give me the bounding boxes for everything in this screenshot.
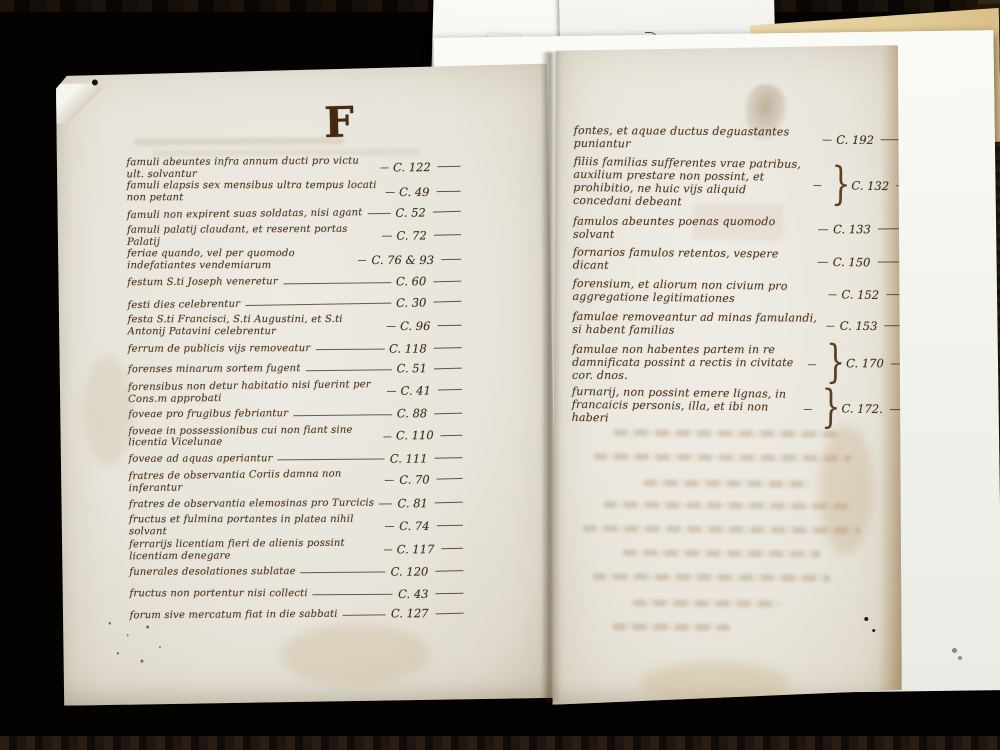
entry-rule-line <box>343 614 386 615</box>
entry-text: filiis familias sufferentes vrae patribu… <box>573 156 809 211</box>
entry-folio-ref: C. 120 <box>391 565 429 579</box>
entry-text: fratres de observantia elemosinas pro Tu… <box>129 497 374 511</box>
ink-smudge <box>134 138 344 145</box>
index-entry-row: fructus et fulmina portantes in platea n… <box>129 514 463 538</box>
entry-rule-line <box>828 294 836 295</box>
entry-trailing-dash <box>433 211 461 213</box>
entry-trailing-dash <box>441 548 463 550</box>
index-entry-row: furnarij, non possint emere lignas, in f… <box>572 386 904 429</box>
index-entry-row: filiis familias sufferentes vrae patribu… <box>573 156 906 212</box>
manuscript-right-page: fontes, et aquae ductus deguastantes pun… <box>550 43 907 707</box>
entry-rule-line <box>803 409 811 410</box>
entry-folio-ref: C. 81 <box>397 496 427 510</box>
entry-folio-ref: C. 127 <box>391 607 429 621</box>
photo-of-open-manuscript: Da D F famuli abeuntes infra annum ducti… <box>0 0 1000 750</box>
entry-folio-ref: C. 74 <box>399 519 429 533</box>
ink-dot <box>872 629 875 632</box>
entry-rule-line <box>283 282 391 284</box>
entry-folio-ref: C. 76 & 93 <box>372 253 435 267</box>
entry-trailing-dash <box>438 389 462 391</box>
entry-rule-line <box>382 236 392 237</box>
entry-rule-line <box>385 192 394 193</box>
index-entry-row: foveae pro frugibus febriantur C. 88 <box>128 402 462 426</box>
entry-rule-line <box>818 262 828 263</box>
entry-rule-line <box>385 527 394 528</box>
entry-trailing-dash <box>434 347 462 349</box>
entry-text: foveae pro frugibus febriantur <box>128 408 288 421</box>
entry-brace: } <box>821 391 841 427</box>
entry-folio-ref: C. 110 <box>396 429 434 443</box>
entry-rule-line <box>386 326 395 327</box>
index-entry-row: famulae removeantur ad minas famulandi, … <box>572 311 904 339</box>
entry-text: famuli non expirent suas soldatas, nisi … <box>127 207 363 222</box>
pencil-dot <box>952 648 957 653</box>
entry-folio-ref: C. 60 <box>396 274 426 288</box>
entry-folio-ref: C. 88 <box>397 406 427 420</box>
entry-text: foveae in possessionibus cui non fiant s… <box>128 424 378 449</box>
entry-text: famulae removeantur ad minas famulandi, … <box>572 311 822 339</box>
entry-rule-line <box>359 260 367 261</box>
entry-rule-line <box>315 348 384 350</box>
index-entry-row: famuli abeuntes infra annum ducti pro vi… <box>126 155 460 181</box>
bleed-through-text <box>643 479 811 487</box>
bleed-through-text <box>614 429 842 438</box>
entry-text: famuli elapsis sex mensibus ultra tempus… <box>127 180 381 204</box>
table-wood-bottom-edge <box>0 736 1000 750</box>
bleed-through-text <box>612 623 730 631</box>
index-entry-row: festum S.ti Joseph veneretur C. 60 <box>127 270 461 294</box>
entry-rule-line <box>245 302 391 305</box>
bleed-through-text <box>583 525 861 534</box>
paper-stain <box>84 355 133 465</box>
entry-text: forensibus non detur habitatio nisi fuer… <box>128 379 382 406</box>
entry-text: famuli palatij claudant, et reserent por… <box>127 224 377 249</box>
index-entry-list-right: fontes, et aquae ductus deguastantes pun… <box>572 125 906 435</box>
entry-text: ferrum de publicis vijs removeatur <box>128 342 311 355</box>
entry-trailing-dash <box>433 280 461 282</box>
entry-text: forenses minarum sortem fugent <box>128 363 301 376</box>
entry-trailing-dash <box>435 592 463 594</box>
entry-folio-ref: C. 52 <box>395 205 426 219</box>
entry-rule-line <box>368 213 391 214</box>
curled-page-corner <box>56 83 102 123</box>
index-entry-row: ferrarijs licentiam fieri de alienis pos… <box>129 537 463 563</box>
entry-trailing-dash <box>441 259 461 260</box>
entry-text: fratres de observantia Coriis damna non … <box>129 469 381 496</box>
entry-trailing-dash <box>437 479 463 481</box>
entry-folio-ref: C. 132 <box>851 177 889 194</box>
entry-rule-line <box>293 414 392 416</box>
index-entry-row: fontes, et aquae ductus deguastantes pun… <box>574 125 906 153</box>
index-entry-row: famuli elapsis sex mensibus ultra tempus… <box>127 180 461 204</box>
index-entry-row: forensium, et aliorum non civium pro agg… <box>572 278 904 308</box>
entry-rule-line <box>306 369 392 371</box>
entry-rule-line <box>808 364 816 365</box>
entry-text: festi dies celebrentur <box>127 298 240 311</box>
entry-folio-ref: C. 118 <box>389 341 427 355</box>
entry-text: fornarios famulos retentos, vespere dica… <box>573 246 813 274</box>
entry-rule-line <box>380 168 388 169</box>
entry-rule-line <box>301 572 386 574</box>
bleed-through-text <box>623 549 821 557</box>
entry-text: feriae quando, vel per quomodo indefatia… <box>127 248 353 272</box>
index-entry-row: forum sive mercatum fiat in die sabbati … <box>130 603 464 627</box>
entry-text: festa S.ti Francisci, S.ti Augustini, et… <box>128 314 382 338</box>
entry-folio-ref: C. 152 <box>841 286 879 303</box>
entry-trailing-dash <box>434 412 462 414</box>
entry-rule-line <box>278 459 385 461</box>
entry-folio-ref: C. 111 <box>390 451 428 465</box>
entry-text: fructus et fulmina portantes in platea n… <box>129 514 380 538</box>
index-entry-row: festi dies celebrentur C. 30 <box>127 291 461 316</box>
entry-rule-line <box>385 481 394 482</box>
index-entry-row: famuli palatij claudant, et reserent por… <box>127 224 461 249</box>
entry-rule-line <box>818 229 828 230</box>
entry-trailing-dash <box>441 435 463 437</box>
index-entry-row: forensibus non detur habitatio nisi fuer… <box>128 378 462 406</box>
index-entry-row: ferrum de publicis vijs removeatur C. 11… <box>128 337 462 360</box>
entry-folio-ref: C. 150 <box>833 254 871 270</box>
paper-stain <box>819 425 874 555</box>
entry-rule-line <box>387 391 396 392</box>
entry-trailing-dash <box>437 325 461 326</box>
index-entry-row: famulae non habentes partem in re damnif… <box>572 343 904 382</box>
mold-speckles <box>98 613 176 680</box>
index-entry-row: funerales desolationes sublatae C. 120 <box>129 561 463 584</box>
ink-dot <box>92 79 98 85</box>
entry-trailing-dash <box>435 502 463 504</box>
entry-trailing-dash <box>435 571 463 573</box>
entry-text: famulae non habentes partem in re damnif… <box>572 343 803 382</box>
entry-folio-ref: C. 43 <box>398 586 428 600</box>
index-entry-row: fratres de observantia Coriis damna non … <box>129 468 463 496</box>
entry-folio-ref: C. 170 <box>846 355 884 371</box>
entry-folio-ref: C. 49 <box>399 184 429 198</box>
index-entry-row: fratres de observantia elemosinas pro Tu… <box>129 492 463 516</box>
entry-folio-ref: C. 51 <box>397 361 427 375</box>
entry-text: famuli abeuntes infra annum ducti pro vi… <box>126 156 375 181</box>
entry-folio-ref: C. 41 <box>400 383 431 397</box>
entry-rule-line <box>313 594 393 595</box>
index-entry-row: foveae in possessionibus cui non fiant s… <box>128 424 462 450</box>
entry-text: fontes, et aquae ductus deguastantes pun… <box>574 125 818 153</box>
index-entry-list-left: famuli abeuntes infra annum ducti pro vi… <box>126 155 463 626</box>
index-entry-row: fornarios famulos retentos, vespere dica… <box>573 246 905 275</box>
entry-folio-ref: C. 153 <box>840 317 878 333</box>
index-entry-row: festa S.ti Francisci, S.ti Augustini, et… <box>128 314 462 338</box>
entry-text: festum S.ti Joseph veneretur <box>127 276 278 289</box>
entry-trailing-dash <box>436 613 464 615</box>
paper-stain <box>640 661 790 706</box>
entry-trailing-dash <box>434 367 462 369</box>
pencil-dot <box>958 656 962 660</box>
entry-text: foveae ad aquas aperiantur <box>128 453 272 465</box>
entry-folio-ref: C. 172. <box>841 401 883 418</box>
entry-brace: } <box>831 167 851 203</box>
entry-text: famulos abeuntes poenas quomodo solvant <box>573 216 813 242</box>
entry-folio-ref: C. 30 <box>396 295 427 309</box>
entry-rule-line <box>379 504 392 505</box>
book-gutter-shadow <box>541 52 561 702</box>
entry-trailing-dash <box>438 166 461 168</box>
entry-folio-ref: C. 72 <box>396 229 426 243</box>
index-entry-row: forenses minarum sortem fugent C. 51 <box>128 358 462 382</box>
entry-rule-line <box>822 140 831 141</box>
entry-folio-ref: C. 122 <box>393 160 431 174</box>
entry-rule-line <box>827 326 835 327</box>
entry-brace: } <box>826 345 845 381</box>
index-entry-row: fructus non portentur nisi collecti C. 4… <box>129 583 463 604</box>
index-letter-initial: F <box>324 97 355 147</box>
entry-folio-ref: C. 70 <box>399 473 430 487</box>
entry-text: funerales desolationes sublatae <box>129 566 296 579</box>
entry-text: forensium, et aliorum non civium pro agg… <box>572 278 823 307</box>
paper-stain <box>280 623 430 686</box>
entry-text: ferrarijs licentiam fieri de alienis pos… <box>129 537 379 562</box>
entry-folio-ref: C. 117 <box>397 542 435 556</box>
entry-text: furnarij, non possint emere lignas, in f… <box>572 386 799 428</box>
entry-rule-line <box>383 436 391 437</box>
entry-trailing-dash <box>435 457 463 459</box>
entry-trailing-dash <box>436 191 460 192</box>
entry-rule-line <box>813 185 821 186</box>
entry-folio-ref: C. 133 <box>833 221 871 237</box>
manuscript-left-page: F famuli abeuntes infra annum ducti pro … <box>56 62 558 705</box>
bleed-through-text <box>632 599 780 607</box>
entry-folio-ref: C. 192 <box>836 132 874 148</box>
entry-rule-line <box>384 550 392 551</box>
bleed-through-text <box>603 501 851 510</box>
ink-dot <box>864 617 868 621</box>
bleed-through-text <box>593 573 831 582</box>
entry-text: fructus non portentur nisi collecti <box>129 587 307 599</box>
entry-trailing-dash <box>433 301 461 303</box>
entry-trailing-dash <box>434 235 461 237</box>
index-entry-row: feriae quando, vel per quomodo indefatia… <box>127 248 461 272</box>
index-entry-row: famulos abeuntes poenas quomodo solvant … <box>573 216 905 243</box>
entry-folio-ref: C. 96 <box>400 319 430 333</box>
bleed-through-text <box>593 453 851 462</box>
entry-trailing-dash <box>437 525 463 526</box>
